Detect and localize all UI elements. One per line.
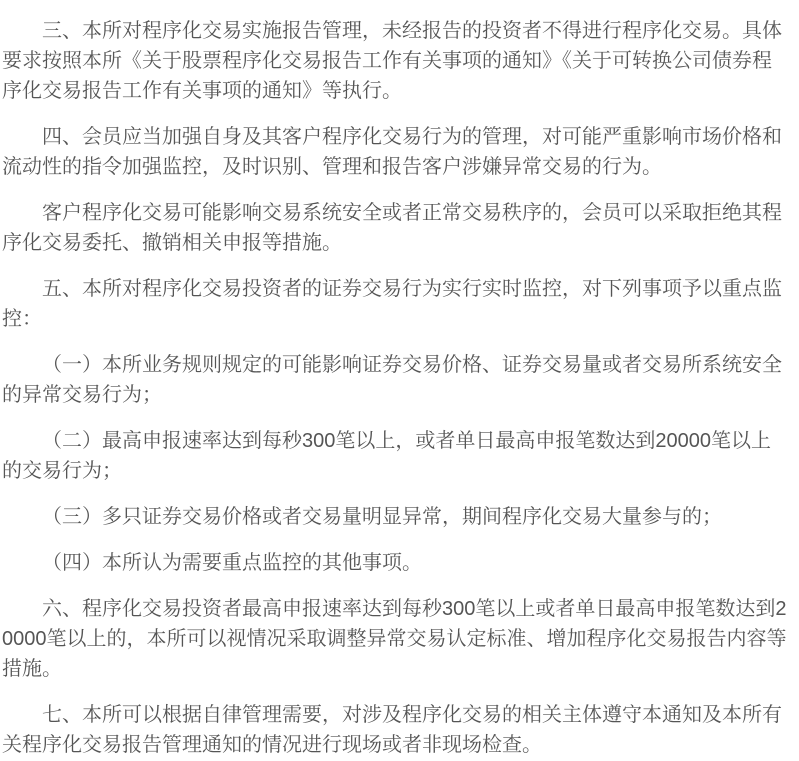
paragraph-item4: 四、会员应当加强自身及其客户程序化交易行为的管理，对可能严重影响市场价格和流动性… bbox=[2, 122, 789, 182]
paragraph-item7: 七、本所可以根据自律管理需要，对涉及程序化交易的相关主体遵守本通知及本所有关程序… bbox=[2, 700, 789, 760]
paragraph-item5: 五、本所对程序化交易投资者的证券交易行为实行实时监控，对下列事项予以重点监控： bbox=[2, 274, 789, 334]
document-body: 三、本所对程序化交易实施报告管理，未经报告的投资者不得进行程序化交易。具体要求按… bbox=[2, 16, 789, 760]
paragraph-item5-clause4: （四）本所认为需要重点监控的其他事项。 bbox=[2, 548, 789, 578]
paragraph-item4-sub: 客户程序化交易可能影响交易系统安全或者正常交易秩序的，会员可以采取拒绝其程序化交… bbox=[2, 198, 789, 258]
paragraph-item5-clause1: （一）本所业务规则规定的可能影响证券交易价格、证券交易量或者交易所系统安全的异常… bbox=[2, 350, 789, 410]
paragraph-item5-clause2: （二）最高申报速率达到每秒300笔以上，或者单日最高申报笔数达到20000笔以上… bbox=[2, 426, 789, 486]
paragraph-item6: 六、程序化交易投资者最高申报速率达到每秒300笔以上或者单日最高申报笔数达到20… bbox=[2, 594, 789, 684]
paragraph-item3: 三、本所对程序化交易实施报告管理，未经报告的投资者不得进行程序化交易。具体要求按… bbox=[2, 16, 789, 106]
paragraph-item5-clause3: （三）多只证券交易价格或者交易量明显异常，期间程序化交易大量参与的； bbox=[2, 502, 789, 532]
